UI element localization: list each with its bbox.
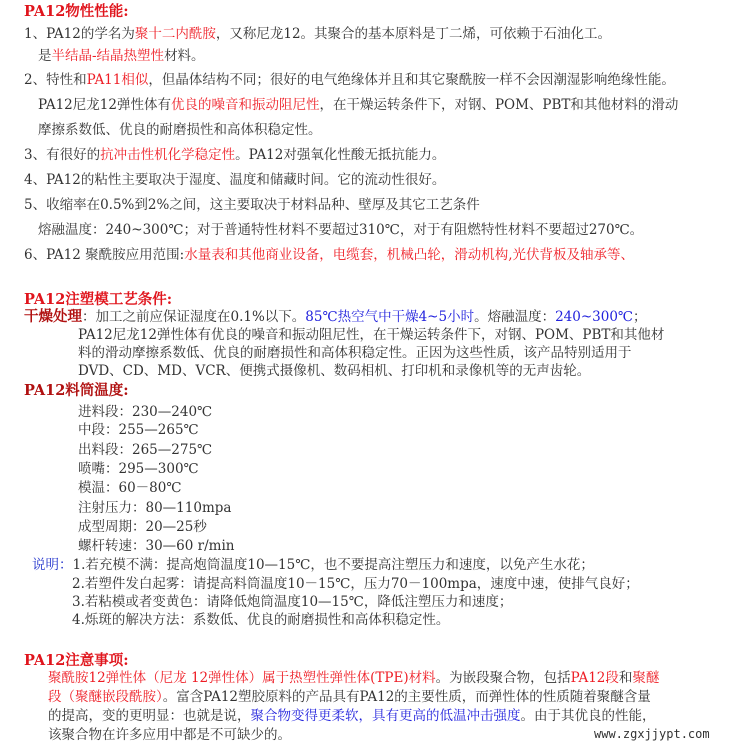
highlight-text: 聚醚 <box>632 670 659 686</box>
param-feed-zone: 进料段：230—240℃ <box>78 402 212 422</box>
text: ，在干燥运转条件下，对钢、POM、PBT和其他材料的滑动 <box>319 97 678 113</box>
section-title-precautions: PA12注意事项: <box>24 651 129 671</box>
notes-label: 说明： <box>32 557 73 573</box>
highlight-text: 85℃热空气中干燥4~5小时 <box>305 309 474 325</box>
highlight-text: 半结晶-结晶热塑性 <box>52 48 165 64</box>
drying-desc-line-2: 料的滑动摩擦系数低、优良的耐磨损性和高体积稳定性。正因为这些性质，该产品特别适用… <box>78 344 632 362</box>
drying-label: 干燥处理 <box>24 308 82 325</box>
text: 。为嵌段聚合物，包括 <box>436 670 571 686</box>
section-title-barrel-temperature: PA12料筒温度: <box>24 381 129 401</box>
property-item-1-cont: 是半结晶-结晶热塑性材料。 <box>38 46 205 66</box>
property-item-3: 3、有很好的抗冲击性机化学稳定性。PA12对强氧化性酸无抵抗能力。 <box>24 145 445 165</box>
property-item-2: 2、特性和PA11相似，但晶体结构不同；很好的电气绝缘体并且和其它聚酰胺一样不会… <box>24 70 675 90</box>
text: ： <box>82 309 96 325</box>
highlight-text: 聚合物变得更柔软，具有更高的低温冲击强度 <box>251 708 521 724</box>
highlight-text: 抗冲击性机化学稳定性 <box>100 147 235 163</box>
text: 。富含PA12塑胶原料的产品具有PA12的主要性质，而弹性体的性质随着聚醚含量 <box>163 689 651 705</box>
note-2: 2.若塑件发白起雾：请提高料筒温度10－15℃，压力70－100mpa，速度中速… <box>72 574 639 594</box>
text: 的提高，变的更明显：也就是说， <box>48 708 251 724</box>
property-item-5-cont: 熔融温度：240~300℃；对于普通特性材料不要超过310℃，对于有阻燃特性材料… <box>38 220 643 240</box>
param-screw-speed: 螺杆转速：30—60 r/min <box>78 536 234 556</box>
text: 加工之前应保证湿度在0.1%以下。 <box>96 309 306 325</box>
property-item-2-cont2: 摩擦系数低、优良的耐磨损性和高体积稳定性。 <box>38 120 322 140</box>
text: 是 <box>38 48 52 64</box>
highlight-text: PA12段 <box>571 670 619 686</box>
highlight-text: 水量表和其他商业设备，电缆套，机械凸轮，滑动机构,光伏背板及轴承等、 <box>184 247 634 263</box>
precaution-line-1: 聚酰胺12弹性体（尼龙 12弹性体）属于热塑性弹性体(TPE)材料。为嵌段聚合物… <box>48 669 659 688</box>
param-cycle-time: 成型周期：20—25秒 <box>78 517 207 537</box>
text: ； <box>633 309 647 325</box>
note-1: 说明：1.若充模不满：提高炮筒温度10—15℃，也不要提高注塑压力和速度，以免产… <box>32 555 594 575</box>
drying-desc-line-3: DVD、CD、MD、VCR、便携式摄像机、数码相机、打印机和录像机等的无声齿轮。 <box>78 362 590 380</box>
highlight-text: 聚十二内酰胺 <box>135 26 216 42</box>
param-mold-temp: 模温：60－80℃ <box>78 478 181 498</box>
note-3: 3.若粘模或者变黄色：请降低炮筒温度10—15℃，降低注塑压力和速度； <box>72 592 512 612</box>
note-4: 4.烁斑的解决方法：系数低、优良的耐磨损性和高体积稳定性。 <box>72 610 449 630</box>
property-item-5: 5、收缩率在0.5%到2%之间，这主要取决于材料品种、壁厚及其它工艺条件 <box>24 195 480 215</box>
param-nozzle: 喷嘴：295—300℃ <box>78 459 199 479</box>
property-item-6: 6、PA12 聚酰胺应用范围:水量表和其他商业设备，电缆套，机械凸轮，滑动机构,… <box>24 245 634 265</box>
text: 6、PA12 聚酰胺应用范围: <box>24 247 184 263</box>
precaution-line-3: 的提高，变的更明显：也就是说，聚合物变得更柔软，具有更高的低温冲击强度。由于其优… <box>48 707 656 726</box>
precaution-line-4: 该聚合物在许多应用中都是不可缺少的。 <box>48 726 291 745</box>
highlight-text: 240~300℃ <box>555 309 633 325</box>
property-item-1: 1、PA12的学名为聚十二内酰胺，又称尼龙12。其聚合的基本原料是丁二烯，可依赖… <box>24 24 611 44</box>
drying-desc-line-1: PA12尼龙12弹性体有优良的噪音和振动阻尼性，在干燥运转条件下，对钢、POM、… <box>78 326 664 344</box>
text: 和 <box>619 670 633 686</box>
text: 。由于其优良的性能， <box>521 708 656 724</box>
text: 材料。 <box>164 48 205 64</box>
text: 1、PA12的学名为 <box>24 26 135 42</box>
highlight-text: 段（聚醚嵌段酰胺） <box>48 689 163 705</box>
param-discharge-zone: 出料段：265—275℃ <box>78 440 212 460</box>
highlight-text: 优良的噪音和振动阻尼性 <box>171 97 320 113</box>
property-item-4: 4、PA12的粘性主要取决于湿度、温度和储藏时间。它的流动性很好。 <box>24 170 445 190</box>
param-middle-zone: 中段：255—265℃ <box>78 420 199 440</box>
text: ，但晶体结构不同；很好的电气绝缘体并且和其它聚酰胺一样不会因潮湿影响绝缘性能。 <box>148 72 675 88</box>
watermark: www.zgxjjypt.com <box>594 727 710 741</box>
text: 2、特性和 <box>24 72 87 88</box>
highlight-text: 聚酰胺12弹性体（尼龙 12弹性体）属于热塑性弹性体(TPE)材料 <box>48 670 436 686</box>
text: 。熔融温度： <box>474 309 555 325</box>
text: ，又称尼龙12。其聚合的基本原料是丁二烯，可依赖于石油化工。 <box>216 26 611 42</box>
text: 1.若充模不满：提高炮筒温度10—15℃，也不要提高注塑压力和速度，以免产生水花… <box>73 557 594 573</box>
text: 。PA12对强氧化性酸无抵抗能力。 <box>235 147 445 163</box>
highlight-text: PA11相似 <box>87 72 149 88</box>
drying-treatment: 干燥处理：加工之前应保证湿度在0.1%以下。85℃热空气中干燥4~5小时。熔融温… <box>24 307 647 327</box>
precaution-line-2: 段（聚醚嵌段酰胺）。富含PA12塑胶原料的产品具有PA12的主要性质，而弹性体的… <box>48 688 651 707</box>
text: PA12尼龙12弹性体有 <box>38 97 171 113</box>
property-item-2-cont: PA12尼龙12弹性体有优良的噪音和振动阻尼性，在干燥运转条件下，对钢、POM、… <box>38 95 678 115</box>
text: 3、有很好的 <box>24 147 100 163</box>
section-title-properties: PA12物性性能: <box>24 2 129 22</box>
param-injection-pressure: 注射压力：80—110mpa <box>78 498 231 518</box>
